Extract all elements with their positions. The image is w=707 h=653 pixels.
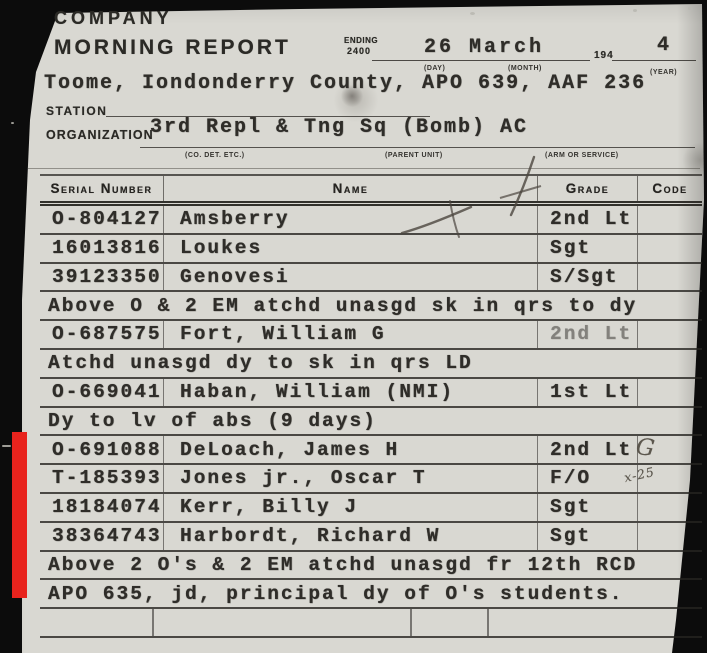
grade-value: 2nd Lt <box>550 441 632 464</box>
grade-value: 2nd Lt <box>550 325 632 348</box>
serial-cell: 18184074 <box>40 494 163 521</box>
organization-entry: 3rd Repl & Tng Sq (Bomb) AC <box>150 118 528 138</box>
parent-unit-sublabel: (PARENT UNIT) <box>385 152 443 159</box>
table-note-row: Above 2 O's & 2 EM atchd unasgd fr 12th … <box>40 552 702 581</box>
note-text: APO 635, jd, principal dy of O's student… <box>48 585 623 608</box>
serial-cell: 39123350 <box>40 264 163 291</box>
name-value: Haban, William (NMI) <box>180 383 454 406</box>
name-value: Loukes <box>180 239 262 262</box>
serial-value: O-691088 <box>52 441 162 464</box>
name-cell: Jones jr., Oscar T <box>163 465 537 492</box>
grade-value: 2nd Lt <box>550 210 632 233</box>
name-cell: Genovesi <box>163 264 537 291</box>
organization-rule <box>140 147 695 148</box>
grade-cell: 2nd Lt <box>537 206 637 233</box>
name-cell: Harbordt, Richard W <box>163 523 537 550</box>
grade-cell: Sgt <box>537 494 637 521</box>
grade-cell: S/Sgt <box>537 264 637 291</box>
grade-cell: Sgt <box>537 523 637 550</box>
code-cell <box>637 206 702 233</box>
station-entry: Toome, Iondonderry County, APO 639, AAF … <box>44 74 646 94</box>
serial-value: 16013816 <box>52 239 162 262</box>
grade-value: Sgt <box>550 527 591 550</box>
table-body: O-804127 Amsberry 2nd Lt 16013816 Loukes… <box>40 206 702 638</box>
name-cell: Loukes <box>163 235 537 262</box>
serial-value: 39123350 <box>52 268 162 291</box>
name-value: Amsberry <box>180 210 290 233</box>
grade-cell: F/O <box>537 465 637 492</box>
table-row: T-185393 Jones jr., Oscar T F/O <box>40 465 702 494</box>
year-entry: 4 <box>657 36 672 56</box>
code-header: Code <box>637 176 702 201</box>
table-row: 16013816 Loukes Sgt <box>40 235 702 264</box>
note-text: Above O & 2 EM atchd unasgd sk in qrs to… <box>48 297 637 320</box>
serial-value: 38364743 <box>52 527 162 550</box>
name-value: Genovesi <box>180 268 290 291</box>
serial-cell: O-691088 <box>40 436 163 463</box>
arm-service-sublabel: (ARM OR SERVICE) <box>545 152 619 159</box>
name-cell: DeLoach, James H <box>163 436 537 463</box>
name-cell: Haban, William (NMI) <box>163 379 537 406</box>
name-header: Name <box>163 176 537 201</box>
table-note-row: Dy to lv of abs (9 days) <box>40 408 702 437</box>
form-title-company: COMPANY <box>54 8 173 29</box>
day-sublabel: (DAY) <box>424 65 445 72</box>
grade-value: 1st Lt <box>550 383 632 406</box>
serial-value: 18184074 <box>52 498 162 521</box>
grade-value: Sgt <box>550 498 591 521</box>
table-row: O-687575 Fort, William G 2nd Lt <box>40 321 702 350</box>
pencil-grade-annotation: G <box>634 434 656 462</box>
code-cell <box>637 523 702 550</box>
morning-report-scan: COMPANY MORNING REPORT ENDING 2400 26 Ma… <box>0 0 707 653</box>
dust-speck <box>633 9 637 12</box>
table-note-row: Above O & 2 EM atchd unasgd sk in qrs to… <box>40 292 702 321</box>
grade-cell: 2nd Lt <box>537 436 637 463</box>
serial-cell: O-804127 <box>40 206 163 233</box>
year-rule <box>612 60 696 61</box>
code-cell <box>637 494 702 521</box>
dust-speck <box>470 12 475 15</box>
note-text: Above 2 O's & 2 EM atchd unasgd fr 12th … <box>48 556 637 579</box>
table-row: 39123350 Genovesi S/Sgt <box>40 264 702 293</box>
code-cell <box>637 235 702 262</box>
serial-cell: 38364743 <box>40 523 163 550</box>
name-value: DeLoach, James H <box>180 441 399 464</box>
year-prefix-label: 194 <box>594 50 614 61</box>
table-row: O-669041 Haban, William (NMI) 1st Lt <box>40 379 702 408</box>
grade-cell: Sgt <box>537 235 637 262</box>
month-sublabel: (MONTH) <box>508 65 542 72</box>
column-divider <box>410 609 412 636</box>
grade-value: S/Sgt <box>550 268 619 291</box>
column-divider <box>152 609 154 636</box>
table-note-row: APO 635, jd, principal dy of O's student… <box>40 580 702 609</box>
table-row: O-691088 DeLoach, James H 2nd Lt <box>40 436 702 465</box>
section-divider-rule <box>28 168 700 169</box>
name-cell: Amsberry <box>163 206 537 233</box>
ending-time-label: 2400 <box>347 46 371 56</box>
grade-cell: 1st Lt <box>537 379 637 406</box>
table-note-row: Atchd unasgd dy to sk in qrs LD <box>40 350 702 379</box>
grade-value: Sgt <box>550 239 591 262</box>
red-highlight-bar <box>12 432 27 598</box>
organization-label: ORGANIZATION <box>46 128 154 142</box>
name-cell: Kerr, Billy J <box>163 494 537 521</box>
code-cell <box>637 379 702 406</box>
grade-cell: 2nd Lt <box>537 321 637 348</box>
note-text: Dy to lv of abs (9 days) <box>48 412 377 435</box>
station-label: STATION <box>46 104 107 118</box>
table-row: 38364743 Harbordt, Richard W Sgt <box>40 523 702 552</box>
scratch-mark <box>2 445 11 447</box>
co-det-sublabel: (CO. DET. ETC.) <box>185 152 245 159</box>
column-divider <box>487 609 489 636</box>
year-sublabel: (YEAR) <box>650 69 677 76</box>
dust-speck <box>688 7 691 10</box>
table-blank-row <box>40 609 702 638</box>
serial-cell: 16013816 <box>40 235 163 262</box>
serial-cell: O-687575 <box>40 321 163 348</box>
name-value: Kerr, Billy J <box>180 498 358 521</box>
serial-value: O-669041 <box>52 383 162 406</box>
serial-cell: O-669041 <box>40 379 163 406</box>
date-entry: 26 March <box>424 38 544 58</box>
serial-value: O-687575 <box>52 325 162 348</box>
dust-speck <box>11 122 14 124</box>
name-value: Fort, William G <box>180 325 386 348</box>
form-title-morning-report: MORNING REPORT <box>54 36 291 60</box>
table-row: 18184074 Kerr, Billy J Sgt <box>40 494 702 523</box>
serial-value: T-185393 <box>52 469 162 492</box>
date-rule <box>372 60 590 61</box>
name-value: Jones jr., Oscar T <box>180 469 427 492</box>
grade-value: F/O <box>550 469 591 492</box>
name-value: Harbordt, Richard W <box>180 527 440 550</box>
grade-header: Grade <box>537 176 637 201</box>
serial-value: O-804127 <box>52 210 162 233</box>
note-text: Atchd unasgd dy to sk in qrs LD <box>48 354 473 377</box>
code-cell <box>637 321 702 348</box>
ending-label: ENDING <box>344 36 378 45</box>
table-header-row: Serial Number Name Grade Code <box>40 174 702 206</box>
code-cell <box>637 264 702 291</box>
serial-cell: T-185393 <box>40 465 163 492</box>
name-cell: Fort, William G <box>163 321 537 348</box>
table-row: O-804127 Amsberry 2nd Lt <box>40 206 702 235</box>
serial-number-header: Serial Number <box>40 181 163 196</box>
